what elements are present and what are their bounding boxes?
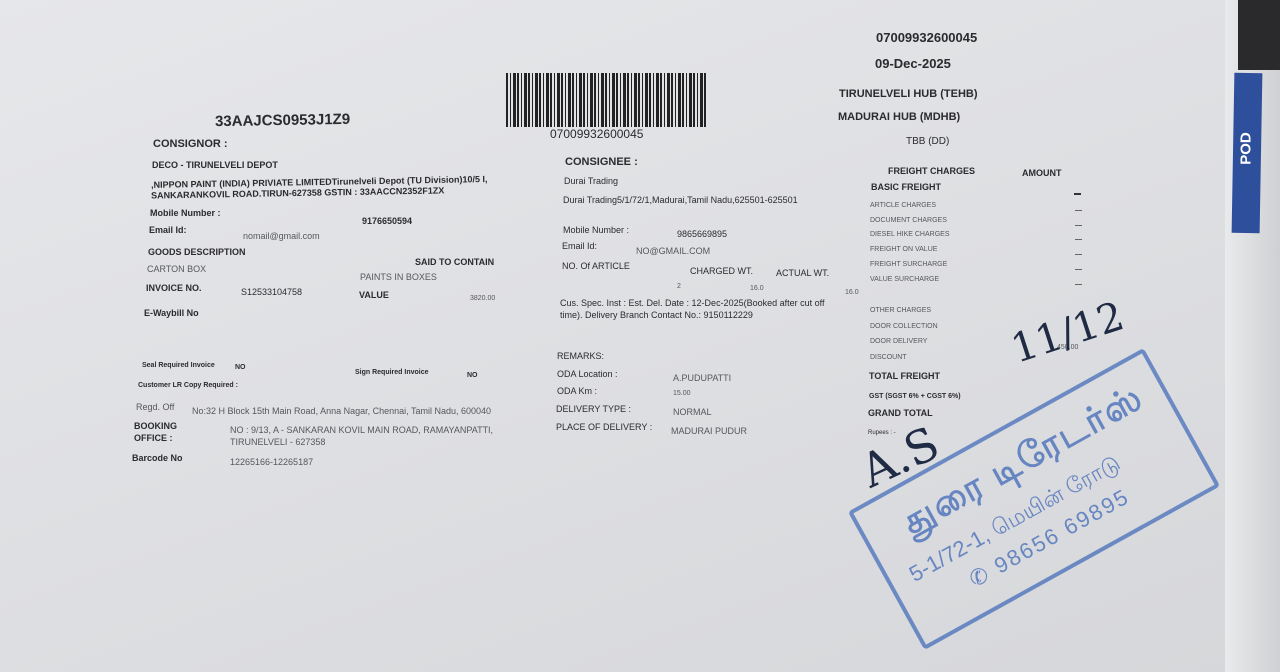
origin-hub: TIRUNELVELI HUB (TEHB): [839, 88, 978, 100]
actual-wt: 16.0: [845, 289, 859, 296]
consignee-address: Durai Trading5/1/72/1,Madurai,Tamil Nadu…: [563, 195, 798, 205]
barcode-range: 12265166-12265187: [230, 457, 313, 467]
consignor-heading: CONSIGNOR :: [153, 138, 228, 150]
oda-location-label: ODA Location :: [557, 369, 618, 379]
lr-copy-label: Customer LR Copy Required :: [138, 382, 238, 389]
regd-office-label: Regd. Off: [136, 402, 174, 412]
charged-wt-label: CHARGED WT.: [690, 266, 753, 276]
consignor-mobile: 9176650594: [362, 216, 412, 226]
place-of-delivery: MADURAI PUDUR: [671, 426, 747, 436]
charge-item-amount: [1075, 284, 1082, 285]
basic-freight-label: BASIC FREIGHT: [871, 182, 941, 192]
place-of-delivery-label: PLACE OF DELIVERY :: [556, 422, 652, 432]
booking-office-label-2: OFFICE :: [134, 433, 173, 443]
consignee-mobile: 9865669895: [677, 229, 727, 239]
total-freight-label: TOTAL FREIGHT: [869, 371, 940, 381]
charge-item-amount: [1075, 254, 1082, 255]
oda-location: A.PUDUPATTI: [673, 373, 731, 383]
booking-office-address-2: TIRUNELVELI - 627358: [230, 437, 325, 447]
goods-description-label: GOODS DESCRIPTION: [148, 247, 246, 257]
delivery-type: NORMAL: [673, 407, 712, 417]
freight-charges-heading: FREIGHT CHARGES: [888, 166, 975, 176]
background-edge: [1238, 0, 1280, 70]
special-instructions-2: time). Delivery Branch Contact No.: 9150…: [560, 310, 753, 320]
regd-office-address: No:32 H Block 15th Main Road, Anna Nagar…: [192, 406, 491, 416]
ewaybill-label: E-Waybill No: [144, 308, 199, 318]
consignor-name: DECO - TIRUNELVELI DEPOT: [152, 160, 278, 170]
charge-item-amount: [1075, 225, 1082, 226]
lr-number: 07009932600045: [876, 30, 977, 45]
invoice-label: INVOICE NO.: [146, 283, 202, 293]
charge-item-label: ARTICLE CHARGES: [870, 202, 936, 209]
actual-wt-label: ACTUAL WT.: [776, 268, 829, 278]
seal-required-value: NO: [235, 364, 246, 371]
charge-item-label: DOCUMENT CHARGES: [870, 217, 947, 224]
discount-label: DISCOUNT: [870, 354, 907, 361]
basic-freight-amount: [1074, 193, 1081, 195]
articles-label: NO. Of ARTICLE: [562, 261, 630, 271]
oda-km-label: ODA Km :: [557, 386, 597, 396]
booking-office-address-1: NO : 9/13, A - SANKARAN KOVIL MAIN ROAD,…: [230, 425, 493, 435]
booking-date: 09-Dec-2025: [875, 56, 951, 71]
value-label: VALUE: [359, 290, 389, 300]
destination-hub: MADURAI HUB (MDHB): [838, 111, 960, 123]
booking-office-label-1: BOOKING: [134, 421, 177, 431]
gst-label: GST (SGST 6% + CGST 6%): [869, 393, 961, 400]
charge-item-amount: [1075, 239, 1082, 240]
consignee-email-label: Email Id:: [562, 241, 597, 251]
special-instructions-1: Cus. Spec. Inst : Est. Del. Date : 12-De…: [560, 298, 824, 308]
charged-wt: 16.0: [750, 285, 764, 292]
seal-required-label: Seal Required Invoice: [142, 362, 215, 369]
sign-required-value: NO: [467, 372, 478, 379]
pod-label: POD: [1238, 131, 1255, 167]
charge-item-label: VALUE SURCHARGE: [870, 276, 939, 283]
barcode: [506, 73, 706, 127]
charge-item-amount: [1075, 269, 1082, 270]
said-to-contain: PAINTS IN BOXES: [360, 272, 437, 282]
gstin: 33AAJCS0953J1Z9: [215, 111, 350, 130]
other-charges-label: OTHER CHARGES: [870, 307, 931, 314]
charge-item-label: FREIGHT ON VALUE: [870, 246, 937, 253]
payment-mode: TBB (DD): [906, 136, 949, 147]
remarks-label: REMARKS:: [557, 351, 604, 361]
said-to-contain-label: SAID TO CONTAIN: [415, 257, 494, 267]
consignor-email: nomail@gmail.com: [243, 231, 320, 241]
consignee-name: Durai Trading: [564, 176, 618, 186]
consignor-email-label: Email Id:: [149, 225, 187, 235]
charge-item-label: DIESEL HIKE CHARGES: [870, 231, 950, 238]
door-collection-label: DOOR COLLECTION: [870, 323, 938, 330]
barcode-number: 07009932600045: [550, 127, 643, 141]
door-delivery-label: DOOR DELIVERY: [870, 338, 927, 345]
consignee-email: NO@GMAIL.COM: [636, 246, 710, 256]
amount-heading: AMOUNT: [1022, 168, 1062, 178]
articles-count: 2: [677, 283, 681, 290]
delivery-type-label: DELIVERY TYPE :: [556, 404, 631, 414]
consignee-heading: CONSIGNEE :: [565, 156, 638, 168]
barcode-no-label: Barcode No: [132, 453, 183, 463]
invoice-number: S12533104758: [241, 287, 302, 297]
consignor-mobile-label: Mobile Number :: [150, 208, 221, 218]
consignee-mobile-label: Mobile Number :: [563, 225, 629, 235]
charge-item-label: FREIGHT SURCHARGE: [870, 261, 947, 268]
goods-description: CARTON BOX: [147, 264, 206, 274]
sign-required-label: Sign Required Invoice: [355, 369, 429, 376]
oda-km: 15.00: [673, 390, 691, 397]
charge-item-amount: [1075, 210, 1082, 211]
goods-value: 3820.00: [470, 295, 495, 302]
